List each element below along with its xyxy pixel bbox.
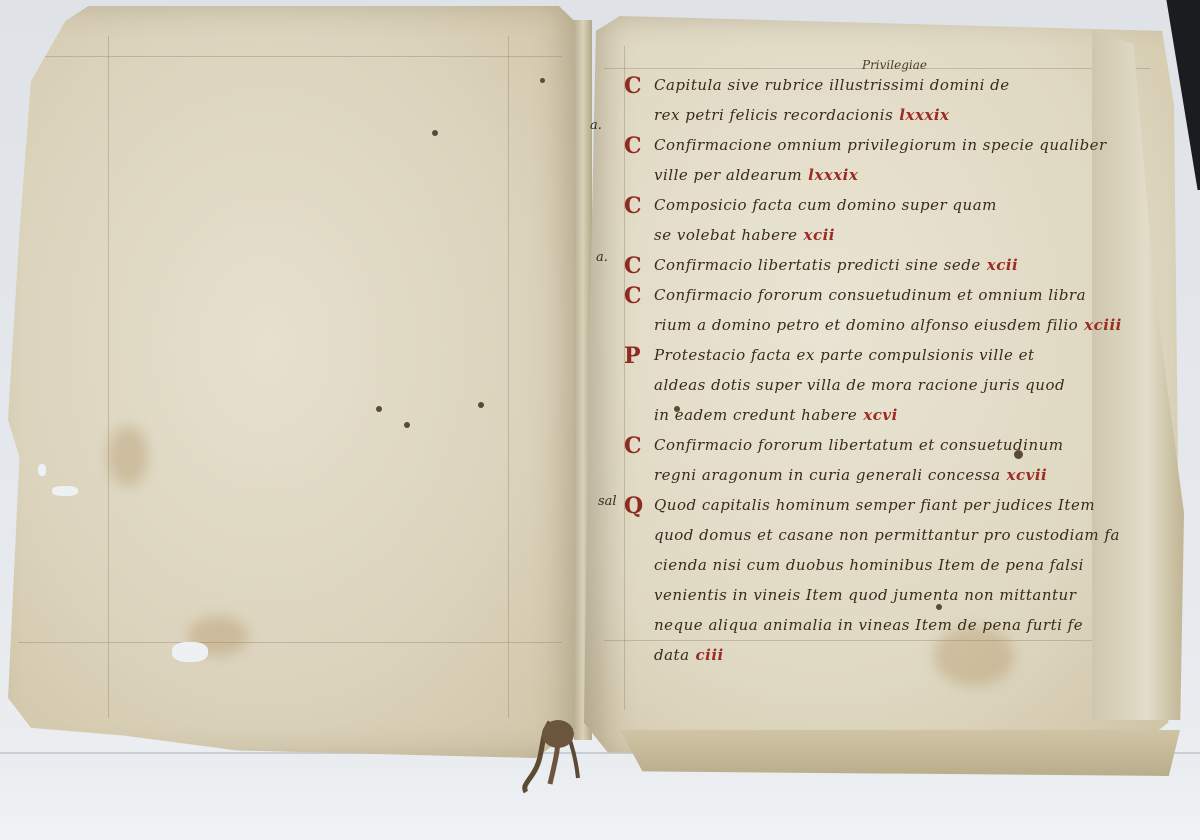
folio-numeral: lxxxix — [808, 166, 858, 184]
toc-line: rium a domino petro et domino alfonso ei… — [624, 310, 1124, 340]
line-text: data — [654, 646, 690, 664]
toc-line: in eadem credunt haberexcvi — [624, 400, 1124, 430]
toc-line: se volebat haberexcii — [624, 220, 1124, 250]
worm-hole — [478, 402, 484, 408]
toc-line: QQuod capitalis hominum semper fiant per… — [624, 490, 1124, 520]
line-text: Confirmacio fororum consuetudinum et omn… — [654, 286, 1086, 304]
page-block-bottom — [620, 730, 1180, 776]
line-text: in eadem credunt habere — [654, 406, 857, 424]
line-text: Confirmacione omnium privilegiorum in sp… — [654, 136, 1107, 154]
toc-line: PProtestacio facta ex parte compulsionis… — [624, 340, 1124, 370]
rubric-initial: C — [624, 254, 646, 278]
ruling-line — [18, 56, 562, 57]
worm-hole — [540, 78, 545, 83]
toc-line: quod domus et casane non permittantur pr… — [624, 520, 1124, 550]
line-text: se volebat habere — [654, 226, 798, 244]
margin-note: a. — [596, 250, 608, 265]
rubric-initial: C — [624, 74, 646, 98]
margin-note: a. — [590, 118, 602, 133]
toc-line: rex petri felicis recordacionislxxxix — [624, 100, 1124, 130]
folio-numeral: xcvi — [863, 406, 898, 424]
folio-numeral: xciii — [1084, 316, 1122, 334]
ruling-line — [508, 36, 509, 718]
toc-line: ville per aldearumlxxxix — [624, 160, 1124, 190]
folio-numeral: lxxxix — [899, 106, 949, 124]
line-text: Confirmacio libertatis predicti sine sed… — [654, 256, 981, 274]
line-text: quod domus et casane non permittantur pr… — [654, 526, 1120, 544]
folio-numeral: ciii — [696, 646, 724, 664]
margin-note: sal — [598, 494, 617, 509]
folio-numeral: xcii — [804, 226, 835, 244]
binding-thread — [520, 716, 600, 796]
worm-hole — [376, 406, 382, 412]
line-text: Composicio facta cum domino super quam — [654, 196, 997, 214]
rubric-initial: C — [624, 194, 646, 218]
parchment-gap — [172, 642, 208, 662]
toc-line: regni aragonum in curia generali concess… — [624, 460, 1124, 490]
line-text: regni aragonum in curia generali concess… — [654, 466, 1001, 484]
line-text: Capitula sive rubrice illustrissimi domi… — [654, 76, 1010, 94]
ruling-line — [108, 36, 109, 718]
manuscript-book: Privilegiae CCapitula sive rubrice illus… — [0, 0, 1200, 800]
stain — [108, 426, 148, 486]
worm-hole — [432, 130, 438, 136]
rubric-initial: C — [624, 134, 646, 158]
toc-line: neque aliqua animalia in vineas Item de … — [624, 610, 1124, 640]
line-text: aldeas dotis super villa de mora racione… — [654, 376, 1065, 394]
line-text: rium a domino petro et domino alfonso ei… — [654, 316, 1078, 334]
folio-numeral: xcvii — [1007, 466, 1048, 484]
toc-line: dataciii — [624, 640, 1124, 670]
toc-line: venientis in vineis Item quod jumenta no… — [624, 580, 1124, 610]
toc-line: CCapitula sive rubrice illustrissimi dom… — [624, 70, 1124, 100]
line-text: rex petri felicis recordacionis — [654, 106, 893, 124]
line-text: neque aliqua animalia in vineas Item de … — [654, 616, 1083, 634]
toc-line: CConfirmacio fororum consuetudinum et om… — [624, 280, 1124, 310]
line-text: ville per aldearum — [654, 166, 802, 184]
line-text: Confirmacio fororum libertatum et consue… — [654, 436, 1064, 454]
line-text: cienda nisi cum duobus hominibus Item de… — [654, 556, 1084, 574]
toc-line: cienda nisi cum duobus hominibus Item de… — [624, 550, 1124, 580]
rubric-initial: C — [624, 434, 646, 458]
table-of-contents: CCapitula sive rubrice illustrissimi dom… — [624, 70, 1124, 670]
folio-numeral: xcii — [987, 256, 1018, 274]
rubric-initial: P — [624, 344, 646, 368]
toc-line: aldeas dotis super villa de mora racione… — [624, 370, 1124, 400]
toc-line: CConfirmacio fororum libertatum et consu… — [624, 430, 1124, 460]
worm-hole — [404, 422, 410, 428]
parchment-gap — [52, 486, 78, 496]
toc-line: CConfirmacio libertatis predicti sine se… — [624, 250, 1124, 280]
line-text: Quod capitalis hominum semper fiant per … — [654, 496, 1095, 514]
line-text: Protestacio facta ex parte compulsionis … — [654, 346, 1035, 364]
rubric-initial: C — [624, 284, 646, 308]
toc-line: CComposicio facta cum domino super quam — [624, 190, 1124, 220]
parchment-gap — [38, 464, 46, 476]
toc-line: CConfirmacione omnium privilegiorum in s… — [624, 130, 1124, 160]
left-page — [8, 6, 582, 758]
rubric-initial: Q — [624, 494, 646, 518]
line-text: venientis in vineis Item quod jumenta no… — [654, 586, 1076, 604]
ruling-line — [18, 642, 562, 643]
